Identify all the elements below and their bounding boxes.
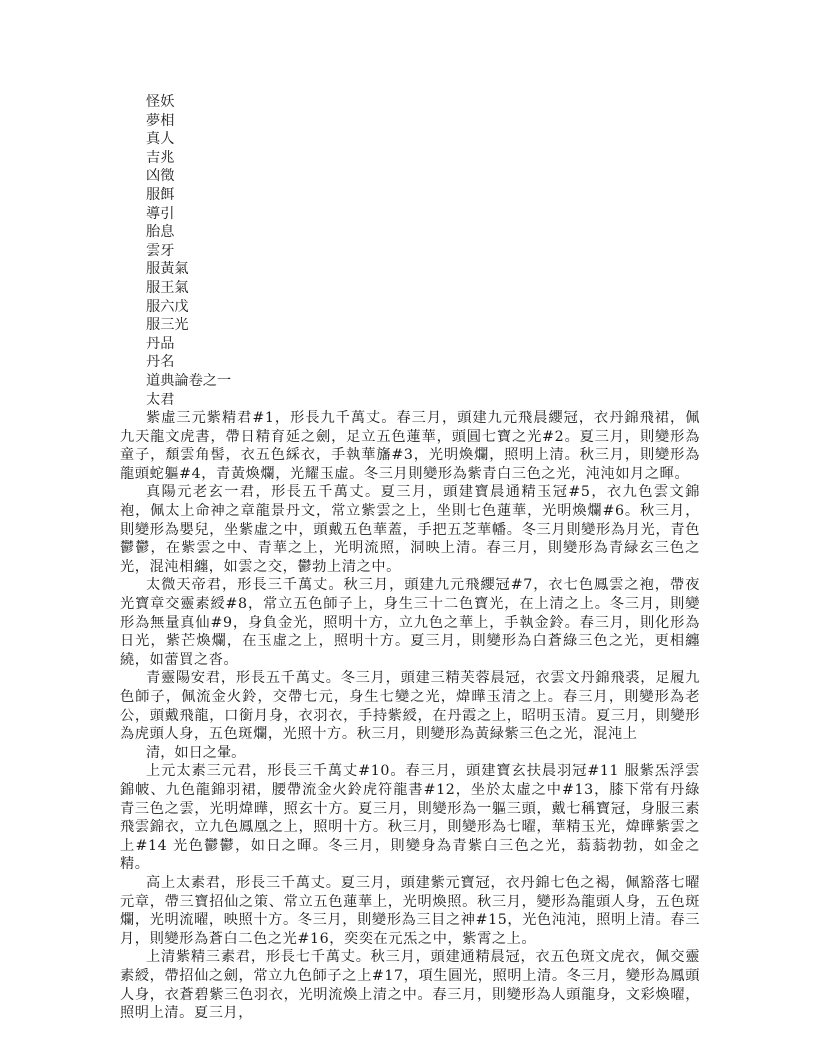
toc-item: 凶徵 <box>120 167 700 186</box>
body-paragraph: 青靈陽安君，形長五千萬丈。冬三月，頭建三精芙蓉晨冠，衣雲文丹錦飛裘，足履九色師子… <box>120 669 700 743</box>
subsection-heading: 太君 <box>120 391 700 410</box>
toc-item: 服三光 <box>120 316 700 335</box>
toc-item: 服餌 <box>120 186 700 205</box>
section-heading: 道典論卷之一 <box>120 372 700 391</box>
toc-item: 丹品 <box>120 335 700 354</box>
toc-item: 真人 <box>120 130 700 149</box>
toc-item: 服王氣 <box>120 279 700 298</box>
body-paragraph: 紫虛三元紫精君#1，形長九千萬丈。春三月，頭建九元飛晨纓冠，衣丹錦飛裙，佩九天龍… <box>120 409 700 483</box>
body-paragraph: 真陽元老玄一君，形長五千萬丈。夏三月，頭建寶晨通精玉冠#5，衣九色雲文錦袍，佩太… <box>120 483 700 576</box>
body-paragraph: 太微天帝君，形長三千萬丈。秋三月，頭建九元飛纓冠#7，衣七色鳳雲之袍，帶夜光寶章… <box>120 576 700 669</box>
toc-item: 丹名 <box>120 353 700 372</box>
toc-item: 怪妖 <box>120 93 700 112</box>
body-paragraph: 上元太素三元君，形長三千萬丈#10。春三月，頭建寶玄扶晨羽冠#11 服紫炁浮雲錦… <box>120 762 700 874</box>
toc-item: 服黃氣 <box>120 260 700 279</box>
body-paragraph: 高上太素君，形長三千萬丈。夏三月，頭建紫元寶冠，衣丹錦七色之褐，佩豁落七曜元章，… <box>120 874 700 948</box>
body-paragraph: 上清紫精三素君，形長七千萬丈。秋三月，頭建通精晨冠，衣五色斑文虎衣，佩交靈素綬，… <box>120 948 700 1022</box>
toc-list: 怪妖 夢相 真人 吉兆 凶徵 服餌 導引 胎息 雲牙 服黃氣 服王氣 服六戊 服… <box>120 93 700 409</box>
toc-item: 服六戊 <box>120 298 700 317</box>
toc-item: 夢相 <box>120 112 700 131</box>
paragraph-fragment: 清，如日之暈。 <box>120 744 700 763</box>
toc-item: 導引 <box>120 205 700 224</box>
toc-item: 雲牙 <box>120 242 700 261</box>
toc-item: 胎息 <box>120 223 700 242</box>
document-page: 怪妖 夢相 真人 吉兆 凶徵 服餌 導引 胎息 雲牙 服黃氣 服王氣 服六戊 服… <box>120 93 700 1023</box>
toc-item: 吉兆 <box>120 149 700 168</box>
